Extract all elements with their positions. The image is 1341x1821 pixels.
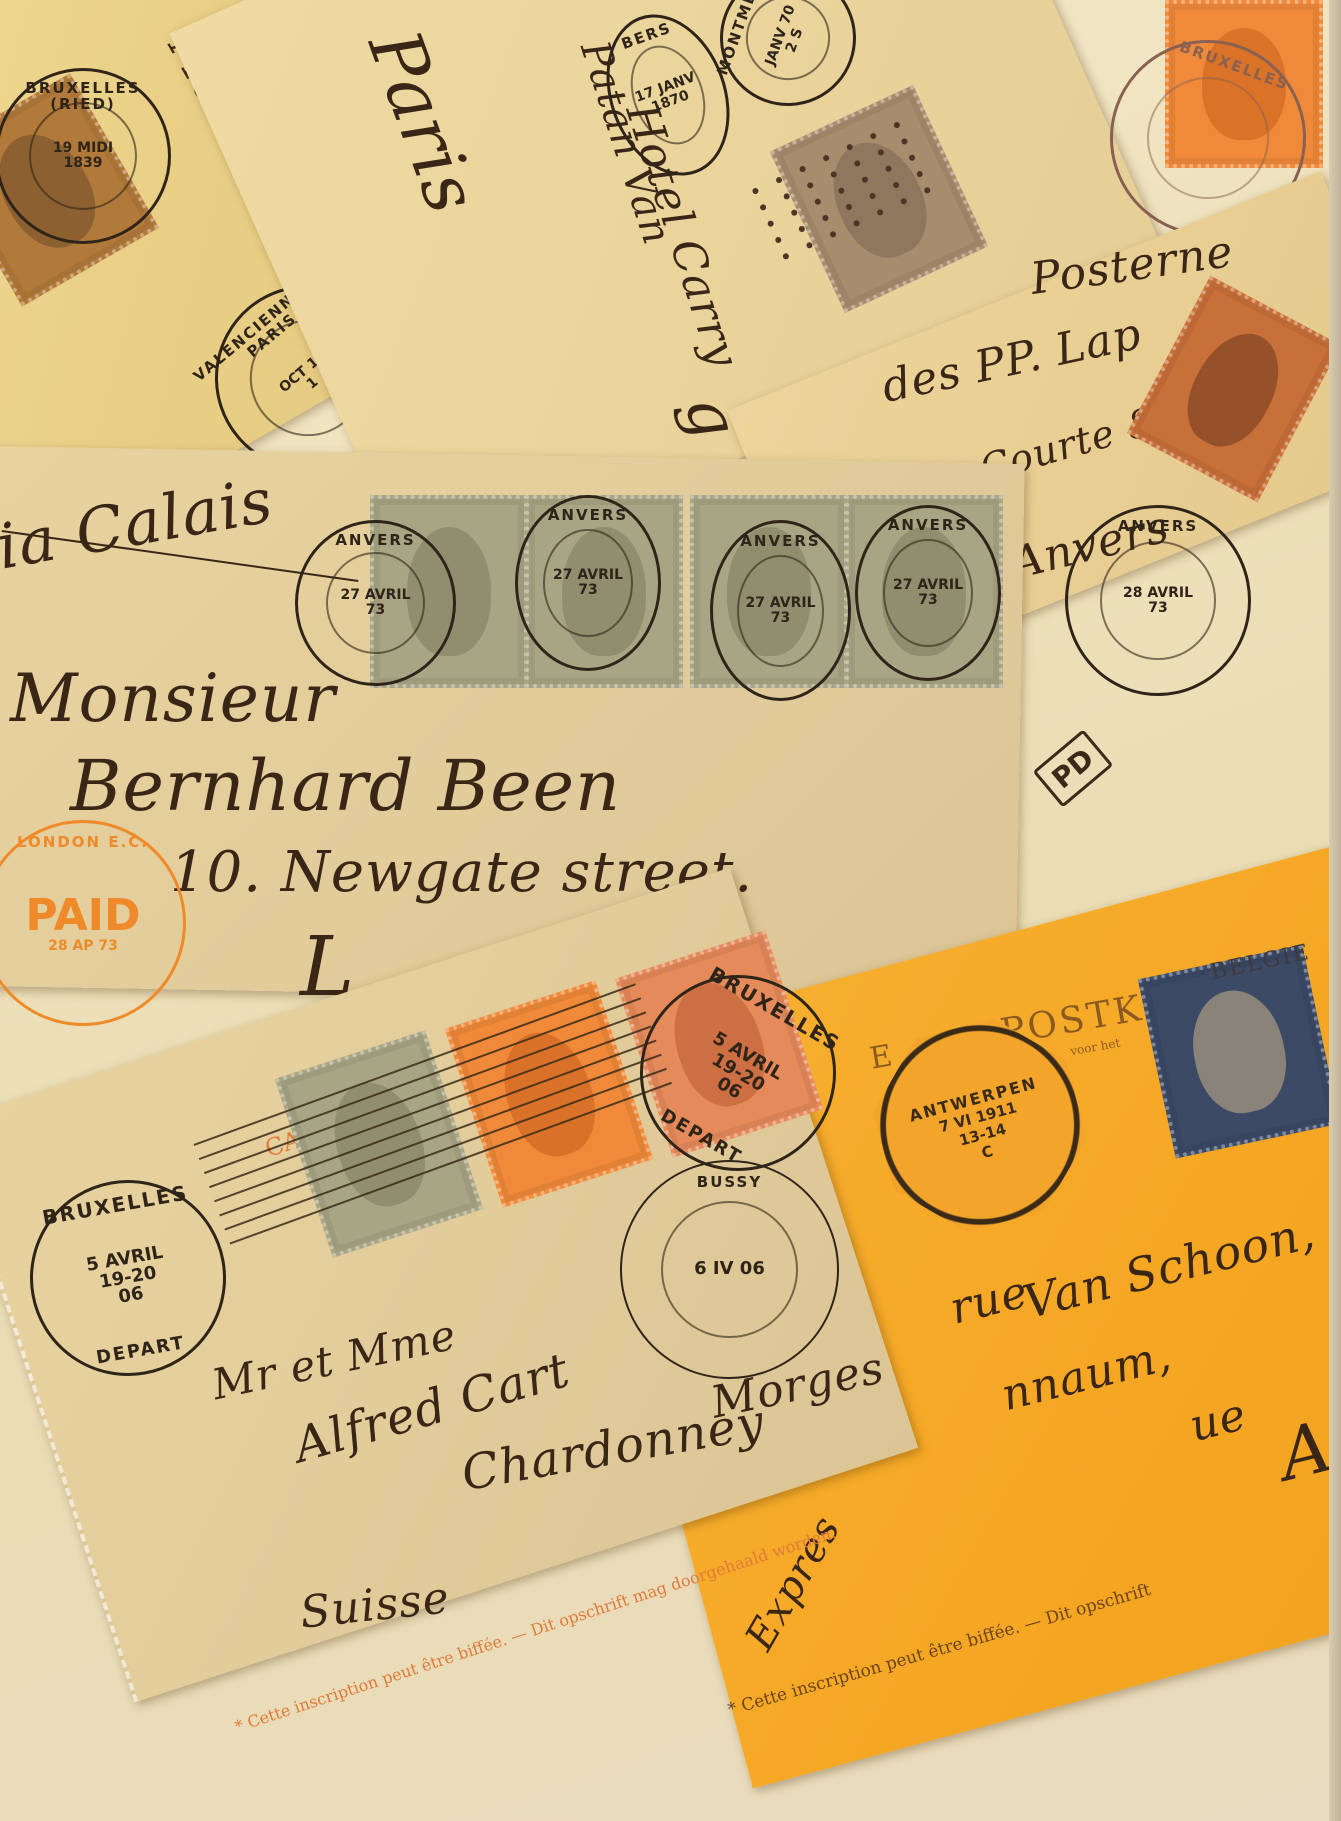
- photo-scene: BRUXELLES (RIED) 19 MIDI 1839 Mon Va Sr …: [0, 0, 1341, 1821]
- handwriting-monsieur: Monsieur: [10, 660, 336, 737]
- frame-edge: [1329, 0, 1341, 1821]
- stamp-portrait: [1182, 982, 1295, 1120]
- postmark-bussy: BUSSY 6 IV 06: [620, 1160, 839, 1379]
- postmark-anvers-5: ANVERS 28 AVRIL 73: [1065, 505, 1251, 696]
- handwriting-bernhard-been: Bernhard Been: [70, 745, 621, 827]
- postmark-bruxelles-ried: BRUXELLES (RIED) 19 MIDI 1839: [0, 68, 171, 244]
- stamp-portrait: [1171, 318, 1296, 460]
- postmark-anvers-3: ANVERS 27 AVRIL 73: [710, 520, 851, 701]
- pd-mark: PD: [1033, 729, 1114, 807]
- postmark-anvers-2: ANVERS 27 AVRIL 73: [515, 495, 661, 671]
- postmark-anvers-4: ANVERS 27 AVRIL 73: [855, 505, 1001, 681]
